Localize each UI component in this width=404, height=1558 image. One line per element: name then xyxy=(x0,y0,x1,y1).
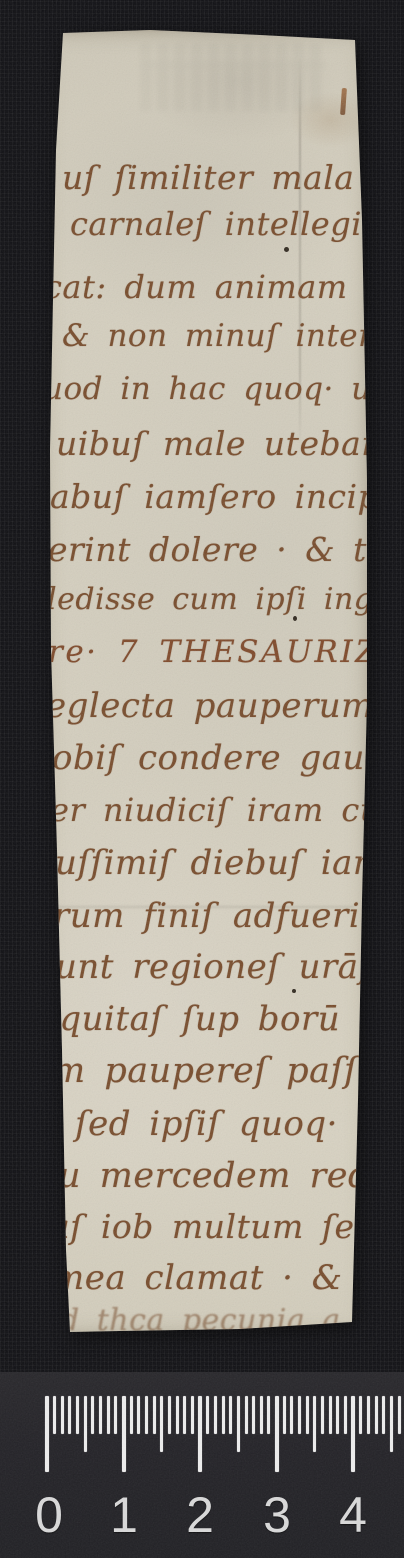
ruler-minor-tick xyxy=(183,1396,186,1434)
ruler-label: 2 xyxy=(186,1486,214,1544)
ruler-minor-tick xyxy=(107,1396,110,1434)
ruler-minor-tick xyxy=(245,1396,248,1434)
ruler-minor-tick xyxy=(398,1396,401,1434)
ruler-minor-tick xyxy=(375,1396,378,1434)
parchment-fragment: uſ ſimiliter mala ·carnaleſ intellegi ·c… xyxy=(40,28,370,1338)
ruler-minor-tick xyxy=(283,1396,286,1434)
ruler-minor-tick xyxy=(298,1396,301,1434)
ruler-minor-tick xyxy=(367,1396,370,1434)
ruler-minor-tick xyxy=(321,1396,324,1434)
ruler-major-tick xyxy=(45,1396,49,1472)
ruler-minor-tick xyxy=(68,1396,71,1434)
ruler-minor-tick xyxy=(76,1396,79,1434)
ruler-minor-tick xyxy=(168,1396,171,1434)
ruler-label: 1 xyxy=(110,1486,138,1544)
ruler-minor-tick xyxy=(61,1396,64,1434)
ruler-minor-tick xyxy=(252,1396,255,1434)
ruler-half-tick xyxy=(160,1396,163,1452)
ruler-major-tick xyxy=(275,1396,279,1472)
parchment-edge-shading xyxy=(40,28,370,1338)
ruler-major-tick xyxy=(122,1396,126,1472)
ruler-minor-tick xyxy=(229,1396,232,1434)
ruler-minor-tick xyxy=(344,1396,347,1434)
ruler-minor-tick xyxy=(191,1396,194,1434)
ruler-minor-tick xyxy=(306,1396,309,1434)
ruler-label: 3 xyxy=(263,1486,291,1544)
ruler-minor-tick xyxy=(260,1396,263,1434)
parchment-surface: uſ ſimiliter mala ·carnaleſ intellegi ·c… xyxy=(40,28,370,1338)
ruler-minor-tick xyxy=(336,1396,339,1434)
ruler-minor-tick xyxy=(290,1396,293,1434)
ruler-half-tick xyxy=(313,1396,316,1452)
ruler-minor-tick xyxy=(267,1396,270,1434)
ruler-minor-tick xyxy=(114,1396,117,1434)
ruler-minor-tick xyxy=(222,1396,225,1434)
ruler-label: 4 xyxy=(339,1486,367,1544)
ruler-half-tick xyxy=(237,1396,240,1452)
ruler-minor-tick xyxy=(53,1396,56,1434)
ruler-minor-tick xyxy=(130,1396,133,1434)
ruler-minor-tick xyxy=(145,1396,148,1434)
ruler-minor-tick xyxy=(91,1396,94,1434)
ruler-minor-tick xyxy=(99,1396,102,1434)
ruler-minor-tick xyxy=(153,1396,156,1434)
ruler-minor-tick xyxy=(359,1396,362,1434)
ruler-minor-tick xyxy=(214,1396,217,1434)
ruler-minor-tick xyxy=(382,1396,385,1434)
ruler-minor-tick xyxy=(206,1396,209,1434)
photograph-stage: 01234 uſ ſimiliter mala ·carnaleſ intell… xyxy=(0,0,404,1558)
ruler-label: 0 xyxy=(35,1486,63,1544)
ruler-half-tick xyxy=(84,1396,87,1452)
ruler-minor-tick xyxy=(176,1396,179,1434)
ruler-major-tick xyxy=(198,1396,202,1472)
ruler-minor-tick xyxy=(329,1396,332,1434)
ruler-major-tick xyxy=(351,1396,355,1472)
ruler-half-tick xyxy=(390,1396,393,1452)
scale-bar-card: 01234 xyxy=(0,1372,404,1558)
ruler-minor-tick xyxy=(137,1396,140,1434)
